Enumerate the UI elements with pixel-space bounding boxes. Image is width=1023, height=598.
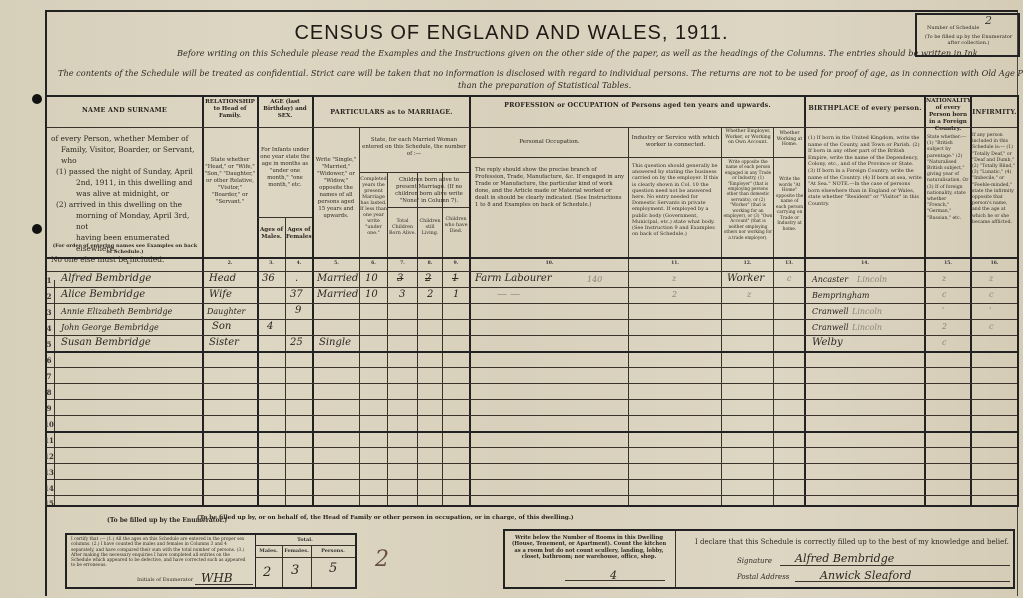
signature: Alfred Bembridge [795,552,894,565]
children-died: 1 [452,273,458,284]
total-label: Total. [255,537,355,543]
punch-hole [32,94,42,104]
signature-label: Signature [737,557,772,565]
header-children-died: Children who have Died. [443,217,469,235]
nationality: c [942,338,946,347]
industry: z [672,274,676,283]
row-number: 8 [41,388,57,397]
column-number: 10. [471,261,628,266]
infirmity-instructions: If any person included in this Schedule … [972,133,1017,226]
children-died: 1 [453,289,459,300]
female-age: . [295,273,298,284]
header-ages-males: Ages of Males. [258,227,285,241]
column-number: 2. [204,261,256,266]
census-schedule-page: CENSUS OF ENGLAND AND WALES, 1911. Befor… [0,0,1023,598]
occupation: Farm Labourer [475,273,552,284]
schedule-number-box: Number of Schedule 2 (To be filled up by… [915,13,1020,57]
schedule-number-value: 2 [985,18,992,24]
marital-status: Single [319,337,351,348]
total-males: 2 [263,565,271,580]
postal-address-label: Postal Address [737,573,789,581]
males-label: Males. [255,548,282,554]
row-number: 3 [41,308,57,317]
census-table: NAME AND SURNAME RELATIONSHIP to Head of… [47,95,1019,505]
row-number: 2 [41,292,57,301]
industry: 2 [672,290,677,299]
header-nationality: NATIONALITY of every Person born in a Fo… [926,98,970,133]
infirmity: z [989,274,993,283]
female-age: 25 [290,337,303,348]
header-employer-worker: Whether Employer, Worker, or Working on … [723,129,773,146]
number-of-rooms: 4 [610,569,617,582]
occupation-code: 140 [587,275,602,284]
header-working-at-home: Whether Working at Home. [775,131,804,148]
row-number: 13 [41,468,57,477]
birth-county: Lincoln [857,275,887,284]
marital-instructions: Write "Single," "Married," "Widower," or… [314,157,358,220]
male-age: 4 [267,321,273,332]
married-woman-instructions: State, for each Married Woman entered on… [361,137,467,158]
occupation: — — [497,289,520,300]
nationality: c [942,290,946,299]
total-females: 3 [291,563,299,578]
row-number: 7 [41,372,57,381]
person-name: Alice Bembridge [61,289,145,300]
relationship: Son [212,321,231,332]
header-children-born: Children born alive to present Marriage.… [389,177,469,205]
children-living: 2 [425,273,431,284]
row-number: 1 [41,276,57,285]
header-marriage: PARTICULARS as to MARRIAGE. [314,109,469,116]
nationality: 2 [942,322,947,331]
birthplace-instructions: (1) If born in the United Kingdom, write… [808,135,922,208]
name-order-note: (For order of entering names see Example… [51,243,199,255]
relationship: Sister [209,337,239,348]
years-married: 10 [365,289,378,300]
industry-instructions: This question should generally be answer… [632,163,720,237]
postal-address: Anwick Sleaford [820,569,911,582]
children-living: 2 [427,289,433,300]
header-completed-years: Completed years the present Marriage has… [360,177,387,237]
initials-label: Initials of Enumerator [137,577,193,583]
employer-worker-instructions: Write opposite the name of each person e… [723,159,773,240]
person-name: Alfred Bembridge [61,273,151,284]
relationship: Daughter [207,307,245,316]
age-instructions: For Infants under one year state the age… [259,147,311,189]
infirmity: c [989,322,993,331]
column-number: 15. [926,261,970,266]
householder-section-title: (To be filled up by, or on behalf of, th… [197,515,574,521]
relationship-instructions: State whether "Head," or "Wife," "Son," … [204,157,256,206]
row-number: 14 [41,484,57,493]
infirmity: ' [989,306,991,315]
column-number: 6. [360,261,387,266]
header-profession: PROFESSION or OCCUPATION of Persons aged… [471,102,804,109]
working-at-home: c [787,274,791,283]
person-name: Susan Bembridge [61,337,151,348]
employment-status: Worker [727,273,764,284]
header-name: NAME AND SURNAME [47,107,202,114]
personal-occupation-instructions: The reply should show the precise branch… [475,167,625,209]
infirmity: c [989,290,993,299]
column-number: 16. [972,261,1017,266]
confidential-line: The contents of the Schedule will be tre… [58,68,1023,78]
header-relationship: RELATIONSHIP to Head of Family. [204,99,256,120]
margin-mark: 2 [375,547,389,572]
female-age: 37 [290,289,303,300]
birth-county: Lincoln [852,323,882,332]
nationality-instructions: State whether:— (1) "British subject by … [927,135,970,222]
declaration: I declare that this Schedule is correctl… [695,538,1009,546]
column-number: 4. [286,261,312,266]
column-number: 12. [722,261,773,266]
enumerator-initials: WHB [201,571,233,585]
birthplace: Cranwell [812,307,849,316]
column-number: 9. [443,261,469,266]
row-number: 9 [41,404,57,413]
column-number: 8. [418,261,442,266]
marital-status: Married [317,273,358,284]
nationality: ' [942,306,944,315]
header-children-living: Children still Living. [418,219,442,237]
birthplace: Bempringham [812,291,869,300]
female-age: 9 [295,305,301,316]
row-number: 12 [41,452,57,461]
column-number: 13. [774,261,804,266]
confidential-line-2: than the preparation of Statistical Tabl… [458,80,631,90]
column-number: 5. [314,261,359,266]
row-number: 4 [41,324,57,333]
schedule-number-label: Number of Schedule [927,25,979,31]
row-number: 10 [41,420,57,429]
person-name: Annie Elizabeth Bembridge [61,307,172,316]
birthplace: Welby [812,337,843,348]
relationship: Wife [209,289,232,300]
header-age: AGE (last Birthday) and SEX. [259,99,311,120]
at-home-instructions: Write the words "At Home" opposite the n… [775,177,804,232]
relationship: Head [209,273,236,284]
enumerator-certification: I certify that :— (1.) All the ages on t… [71,537,251,569]
header-industry: Industry or Service with which worker is… [630,135,721,149]
male-age: 36 [262,273,275,284]
birthplace: Ancaster [812,275,848,284]
header-birthplace: BIRTHPLACE of every person. [806,105,924,112]
total-children: 3 [397,273,403,284]
bottom-section: (To be filled up by the Enumerator.) I c… [47,505,1019,595]
header-personal-occupation: Personal Occupation. [471,139,628,146]
column-number: 7. [388,261,417,266]
enumerator-box: I certify that :— (1.) All the ages on t… [65,533,357,589]
column-number: 14. [806,261,924,266]
page-title: CENSUS OF ENGLAND AND WALES, 1911. [0,22,1023,45]
row-number: 5 [41,340,57,349]
total-persons: 5 [329,561,337,576]
row-number: 11 [41,436,57,445]
row-number: 6 [41,356,57,365]
nationality: z [942,274,946,283]
schedule-number-note: (To be filled up by the Enumerator after… [921,34,1016,46]
persons-label: Persons. [311,548,355,554]
header-infirmity: INFIRMITY. [972,109,1017,116]
punch-hole [32,224,42,234]
total-children: 3 [399,289,405,300]
years-married: 10 [365,273,378,284]
header-ages-females: Ages of Females. [286,227,312,241]
header-total-children: Total Children Born Alive. [388,219,417,237]
females-label: Females. [282,548,311,554]
column-number: 11. [629,261,721,266]
instruction-line: Before writing on this Schedule please r… [177,48,980,58]
birth-county: Lincoln [852,307,882,316]
rooms-instructions: Write below the Number of Rooms in this … [509,535,669,560]
employment-status: z [747,290,751,299]
birthplace: Cranwell [812,323,849,332]
person-name: John George Bembridge [61,323,159,332]
marital-status: Married [317,289,358,300]
column-number: 1. [55,261,202,266]
householder-box: Write below the Number of Rooms in this … [503,529,1015,589]
column-number: 3. [258,261,285,266]
